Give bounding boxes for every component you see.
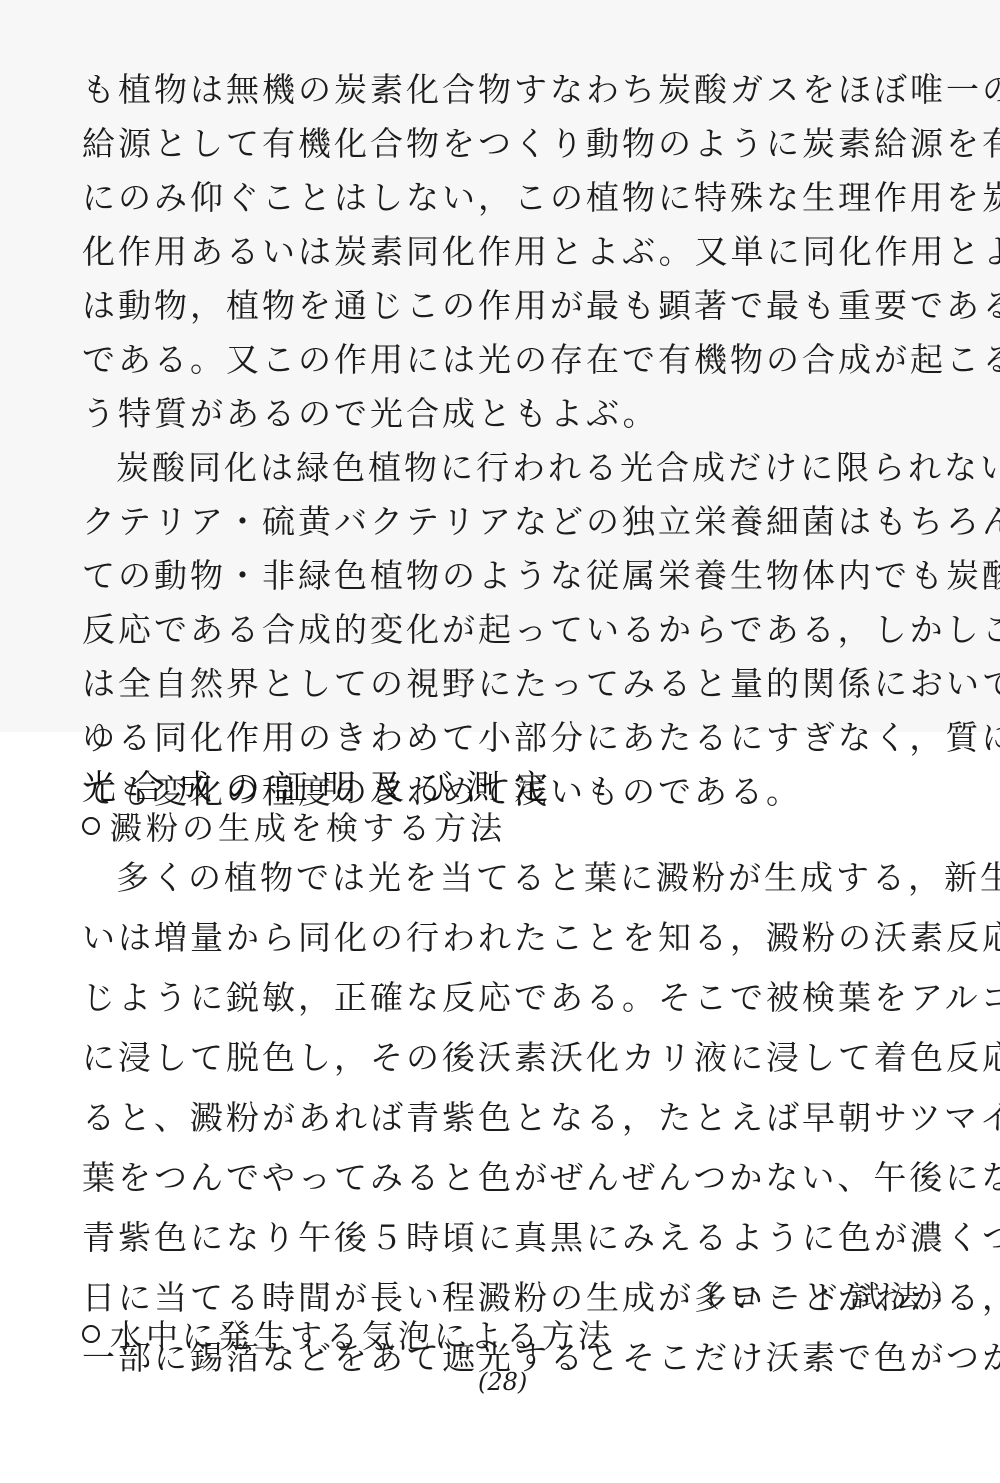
subsection-title-text: 澱粉の生成を検する方法 xyxy=(110,809,506,847)
text-line: 青紫色になり午後５時頃に真黒にみえるように色が濃くつく， xyxy=(82,1218,932,1258)
text-line: は動物，植物を通じこの作用が最も顕著で最も重要であるから xyxy=(82,286,932,326)
text-line: に浸して脱色し，その後沃素沃化カリ液に浸して着色反応をみ xyxy=(82,1038,932,1078)
subsection-title-bubbles: 水中に発生する気泡による方法 xyxy=(82,1316,614,1356)
text-line: 給源として有機化合物をつくり動物のように炭素給源を有機物 xyxy=(82,124,932,164)
text-line: ゆる同化作用のきわめて小部分にあたるにすぎなく，質におい xyxy=(82,718,932,758)
text-line: は全自然界としての視野にたってみると量的関係においていわ xyxy=(82,664,932,704)
text-line: クテリア・硫黄バクテリアなどの独立栄養細菌はもちろんすべ xyxy=(82,502,932,542)
text-line: 多くの植物では光を当てると葉に澱粉が生成する，新生ある xyxy=(82,858,932,898)
text-line: ての動物・非緑色植物のような従属栄養生物体内でも炭酸結合 xyxy=(82,556,932,596)
text-line: 炭酸同化は緑色植物に行われる光合成だけに限られない鉄バ xyxy=(82,448,932,488)
second-paragraph: 炭酸同化は緑色植物に行われる光合成だけに限られない鉄バ クテリア・硫黄バクテリア… xyxy=(82,448,932,812)
text-line: う特質があるので光合成ともよぶ。 xyxy=(82,394,932,434)
text-line: ると、澱粉があれば青紫色となる，たとえば早朝サツマイモの xyxy=(82,1098,932,1138)
text-line: 反応である合成的変化が起っているからである，しかしこれら xyxy=(82,610,932,650)
text-line: じように鋭敏，正確な反応である。そこで被検葉をアルコール xyxy=(82,978,932,1018)
subsection-title-starch: 澱粉の生成を検する方法 xyxy=(82,808,506,848)
circle-bullet-icon xyxy=(82,1325,100,1343)
intro-section: も植物は無機の炭素化合物すなわち炭酸ガスをほぼ唯一の炭素 給源として有機化合物を… xyxy=(82,70,932,826)
text-line: にのみ仰ぐことはしない，この植物に特殊な生理作用を炭酸同 xyxy=(82,178,932,218)
page-number: (28) xyxy=(478,1368,527,1396)
text-line: 葉をつんでやってみると色がぜんぜんつかない、午後になると xyxy=(82,1158,932,1198)
subsection-title-text: 水中に発生する気泡による方法 xyxy=(110,1317,614,1355)
text-line: 化作用あるいは炭素同化作用とよぶ。又単に同化作用とよぶの xyxy=(82,232,932,272)
section-heading: 光合成の証明及び測定 xyxy=(82,760,562,809)
intro-paragraph: も植物は無機の炭素化合物すなわち炭酸ガスをほぼ唯一の炭素 給源として有機化合物を… xyxy=(82,70,932,434)
circle-bullet-icon xyxy=(82,817,100,835)
text-line: いは増量から同化の行われたことを知る，澱粉の沃素反応はひ xyxy=(82,918,932,958)
method-citation: （ヨード試法） xyxy=(690,1272,970,1316)
text-line: である。又この作用には光の存在で有機物の合成が起こるとい xyxy=(82,340,932,380)
text-line: も植物は無機の炭素化合物すなわち炭酸ガスをほぼ唯一の炭素 xyxy=(82,70,932,110)
